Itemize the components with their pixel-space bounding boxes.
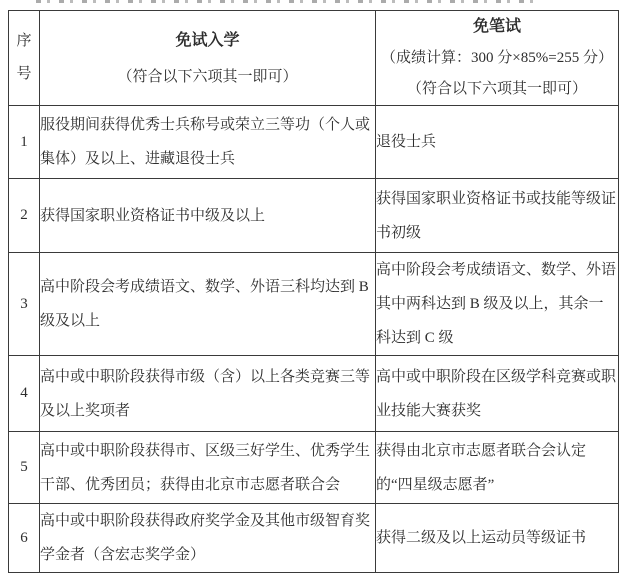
cropped-text-remnant [36,0,536,3]
row-number: 4 [9,356,40,432]
exempt-admission-cell: 高中或中职阶段获得市、区级三好学生、优秀学生干部、优秀团员；获得由北京市志愿者联… [40,432,376,504]
exempt-written-cell: 高中阶段会考成绩语文、数学、外语其中两科达到 B 级及以上，其余一科达到 C 级 [376,253,619,356]
exempt-admission-title: 免试入学 [40,25,375,57]
table-row-2: 2 获得国家职业资格证书中级及以上 获得国家职业资格证书或技能等级证书初级 [9,179,619,253]
exempt-written-cell: 获得国家职业资格证书或技能等级证书初级 [376,179,619,253]
header-seq-line1: 序 [9,25,39,58]
exempt-admission-cell: 获得国家职业资格证书中级及以上 [40,179,376,253]
row-number: 2 [9,179,40,253]
row-number: 1 [9,106,40,179]
header-seq-line2: 号 [9,58,39,91]
row-number: 3 [9,253,40,356]
exempt-written-score-note: （成绩计算：300 分×85%=255 分） [376,43,618,74]
exempt-written-cell: 退役士兵 [376,106,619,179]
table-header-row: 序 号 免试入学 （符合以下六项其一即可） 免笔试 （成绩计算：300 分×85… [9,11,619,106]
exempt-written-cell: 获得二级及以上运动员等级证书 [376,504,619,573]
table-row-3: 3 高中阶段会考成绩语文、数学、外语三科均达到 B 级及以上 高中阶段会考成绩语… [9,253,619,356]
exempt-admission-cell: 高中阶段会考成绩语文、数学、外语三科均达到 B 级及以上 [40,253,376,356]
table-row-5: 5 高中或中职阶段获得市、区级三好学生、优秀学生干部、优秀团员；获得由北京市志愿… [9,432,619,504]
exempt-admission-cell: 服役期间获得优秀士兵称号或荣立三等功（个人或集体）及以上、进藏退役士兵 [40,106,376,179]
exempt-written-cell: 高中或中职阶段在区级学科竞赛或职业技能大赛获奖 [376,356,619,432]
row-number: 6 [9,504,40,573]
exempt-admission-cell: 高中或中职阶段获得市级（含）以上各类竞赛三等及以上奖项者 [40,356,376,432]
exempt-written-title: 免笔试 [376,11,618,43]
table-row-1: 1 服役期间获得优秀士兵称号或荣立三等功（个人或集体）及以上、进藏退役士兵 退役… [9,106,619,179]
table-row-6: 6 高中或中职阶段获得政府奖学金及其他市级智育奖学金者（含宏志奖学金） 获得二级… [9,504,619,573]
exempt-written-cell: 获得由北京市志愿者联合会认定的“四星级志愿者” [376,432,619,504]
row-number: 5 [9,432,40,504]
exempt-admission-cell: 高中或中职阶段获得政府奖学金及其他市级智育奖学金者（含宏志奖学金） [40,504,376,573]
header-exempt-admission: 免试入学 （符合以下六项其一即可） [40,11,376,106]
exempt-written-note: （符合以下六项其一即可） [376,74,618,105]
exemption-policy-table: 序 号 免试入学 （符合以下六项其一即可） 免笔试 （成绩计算：300 分×85… [8,10,619,573]
header-exempt-written: 免笔试 （成绩计算：300 分×85%=255 分） （符合以下六项其一即可） [376,11,619,106]
table-row-4: 4 高中或中职阶段获得市级（含）以上各类竞赛三等及以上奖项者 高中或中职阶段在区… [9,356,619,432]
exempt-admission-note: （符合以下六项其一即可） [40,62,375,93]
header-seq-number: 序 号 [9,11,40,106]
